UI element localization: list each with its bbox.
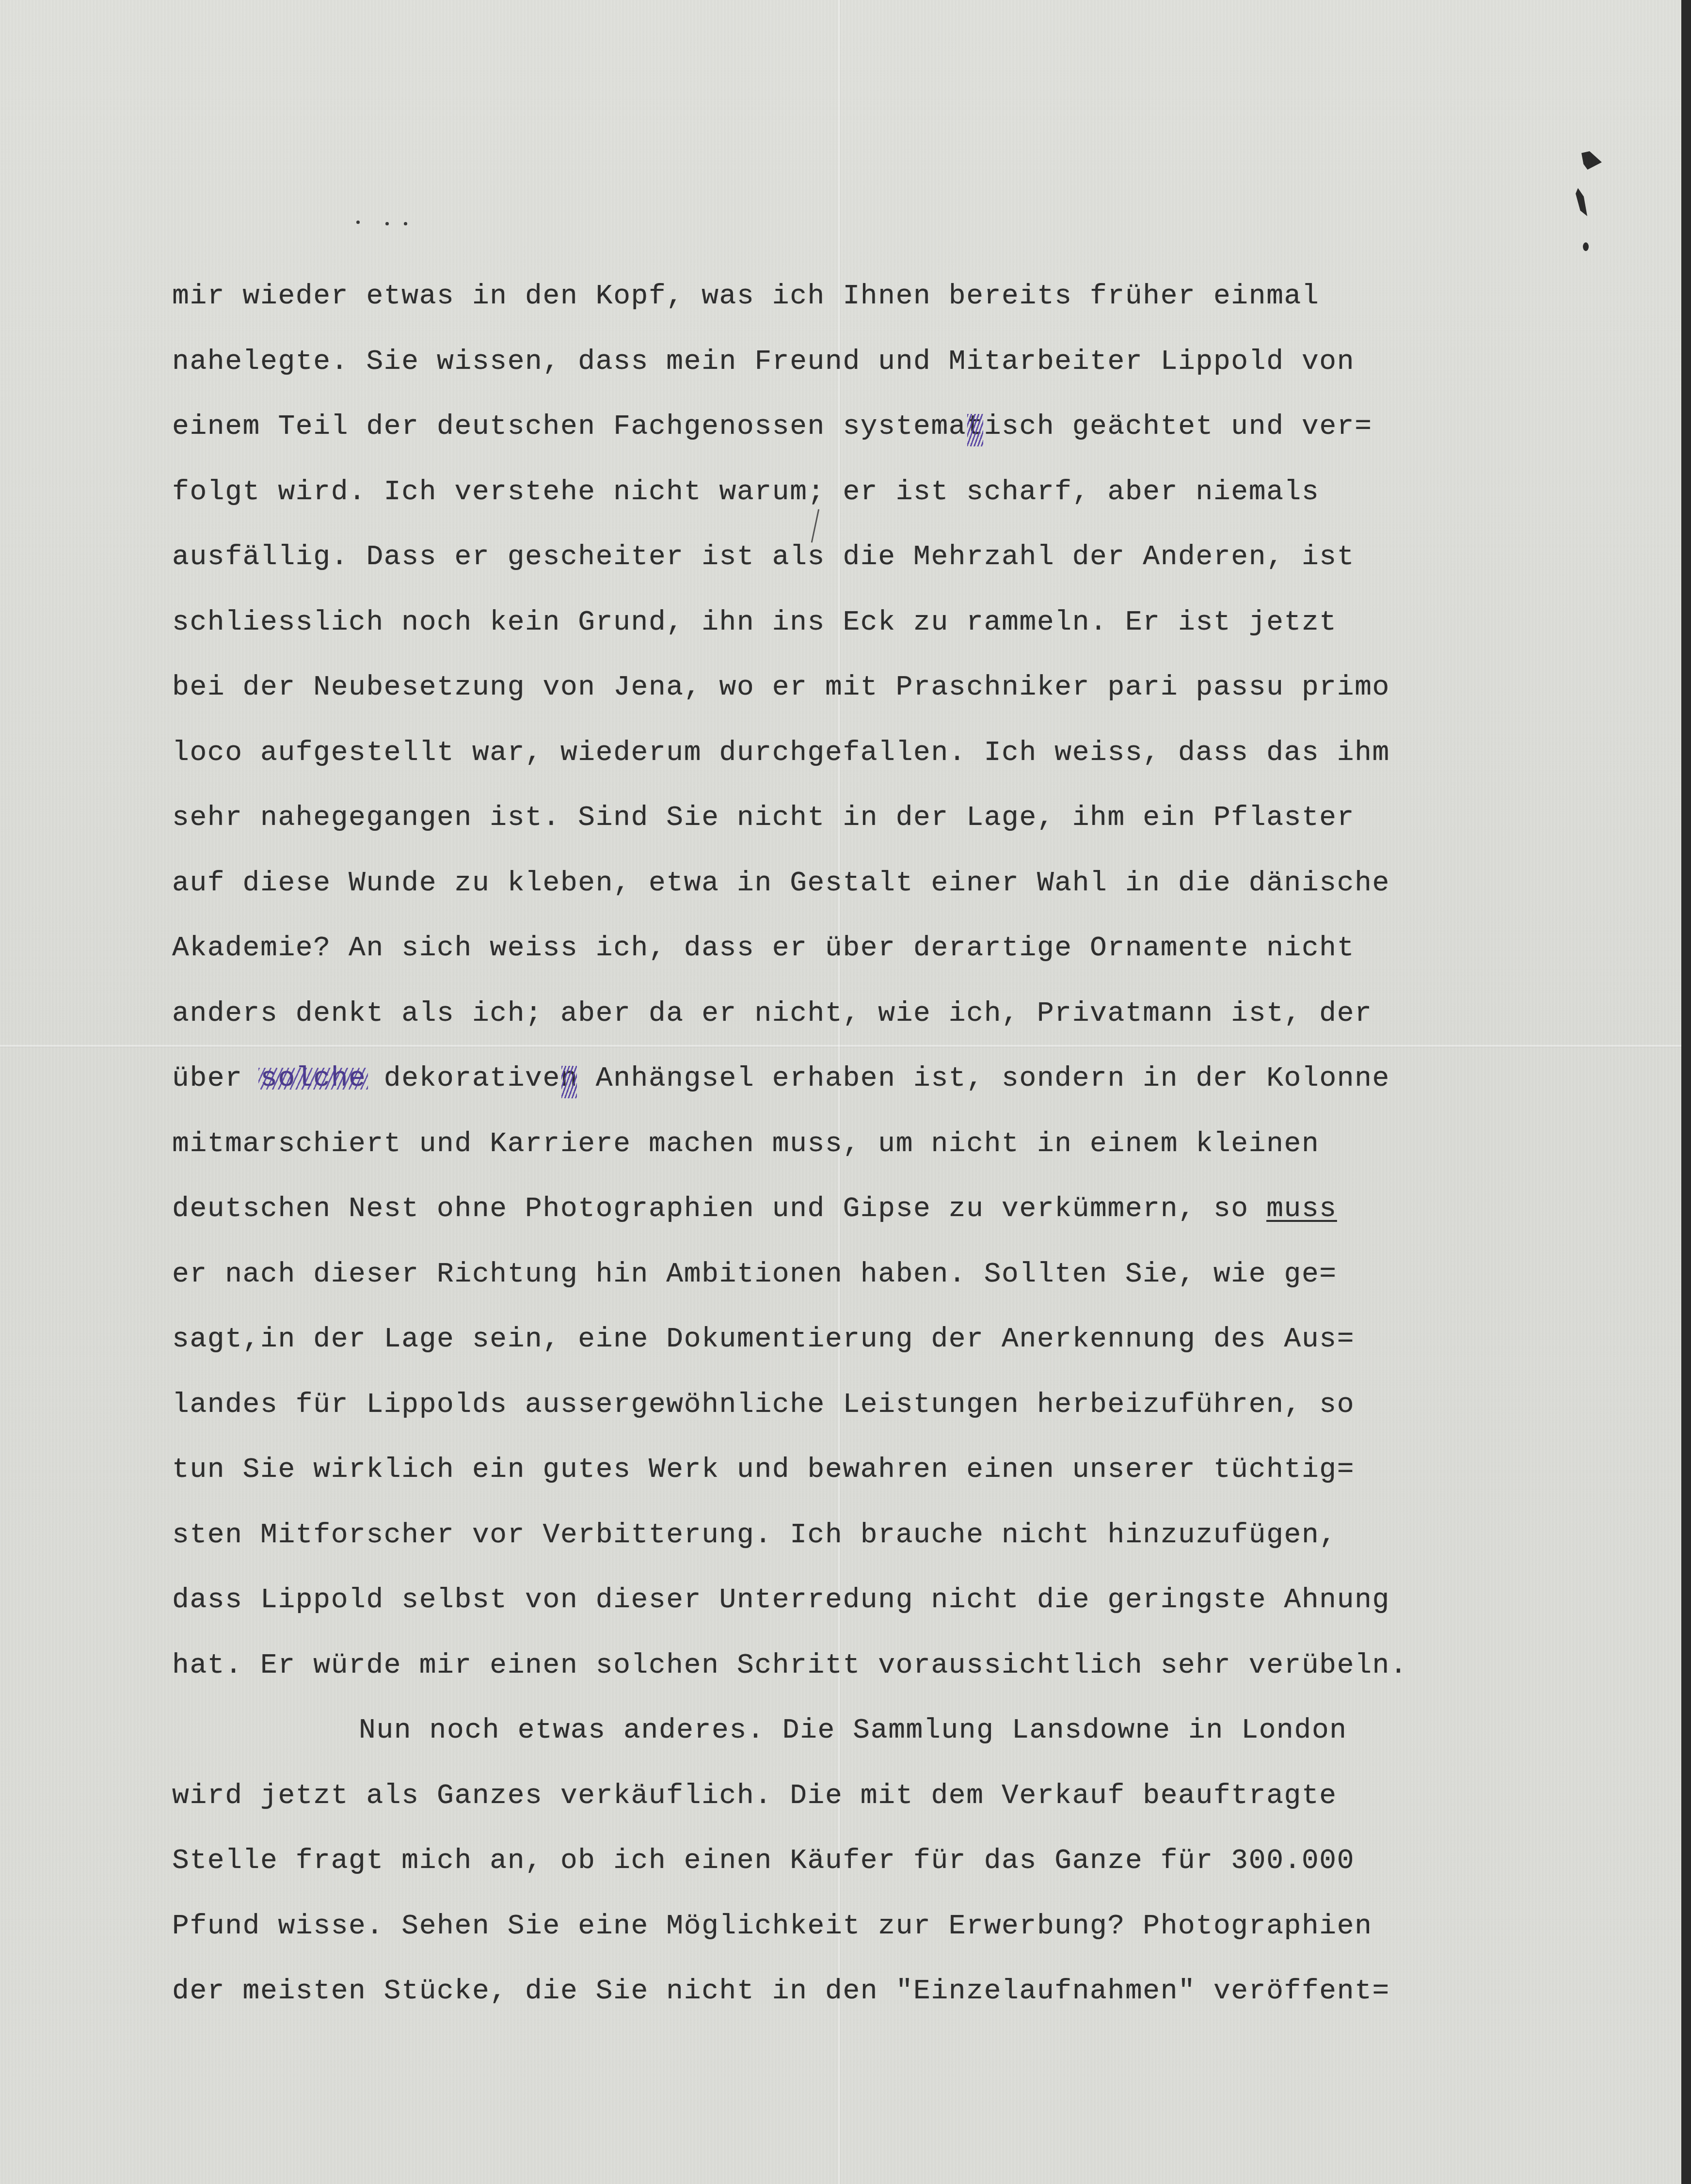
line-text: dekorative xyxy=(366,1063,560,1094)
letter-line: Stelle fragt mich an, ob ich einen Käufe… xyxy=(172,1842,1651,1907)
letter-line: nahelegte. Sie wissen, dass mein Freund … xyxy=(172,343,1651,408)
struck-out-word: solche xyxy=(260,1063,366,1094)
letter-line: sten Mitforscher vor Verbitterung. Ich b… xyxy=(172,1516,1651,1582)
letter-line: Pfund wisse. Sehen Sie eine Möglichkeit … xyxy=(172,1907,1651,1973)
letter-line: deutschen Nest ohne Photographien und Gi… xyxy=(172,1190,1651,1255)
ink-correction: t xyxy=(966,411,984,443)
letter-line: einem Teil der deutschen Fachgenossen sy… xyxy=(172,408,1651,473)
scan-border xyxy=(1681,0,1691,2184)
paragraph-start-line: Nun noch etwas anderes. Die Sammlung Lan… xyxy=(172,1711,1651,1777)
letter-line: sehr nahegegangen ist. Sind Sie nicht in… xyxy=(172,799,1651,864)
line-text: Anhängsel erhaben ist, sondern in der Ko… xyxy=(578,1063,1390,1094)
letter-line: Akademie? An sich weiss ich, dass er übe… xyxy=(172,929,1651,995)
ink-speck xyxy=(404,222,407,225)
letter-line: landes für Lippolds aussergewöhnliche Le… xyxy=(172,1386,1651,1451)
letter-line: wird jetzt als Ganzes verkäuflich. Die m… xyxy=(172,1777,1651,1842)
letter-line: mir wieder etwas in den Kopf, was ich Ih… xyxy=(172,277,1651,343)
letter-line: tun Sie wirklich ein gutes Werk und bewa… xyxy=(172,1451,1651,1516)
letter-line: sagt,in der Lage sein, eine Dokumentieru… xyxy=(172,1320,1651,1386)
letter-line: loco aufgestellt war, wiederum durchgefa… xyxy=(172,734,1651,799)
line-text: isch geächtet und ver= xyxy=(984,411,1372,443)
letter-page: mir wieder etwas in den Kopf, was ich Ih… xyxy=(0,0,1681,2184)
line-text: einem Teil der deutschen Fachgenossen sy… xyxy=(172,411,966,443)
letter-line: der meisten Stücke, die Sie nicht in den… xyxy=(172,1972,1651,2038)
letter-line: hat. Er würde mir einen solchen Schritt … xyxy=(172,1646,1651,1712)
letter-line: folgt wird. Ich verstehe nicht warum; er… xyxy=(172,473,1651,538)
letter-line: schliesslich noch kein Grund, ihn ins Ec… xyxy=(172,603,1651,669)
ink-speck xyxy=(356,221,360,224)
line-text: über xyxy=(172,1063,260,1094)
paper-tear-mark xyxy=(1583,242,1589,251)
letter-line: mitmarschiert und Karriere machen muss, … xyxy=(172,1125,1651,1190)
letter-line: er nach dieser Richtung hin Ambitionen h… xyxy=(172,1255,1651,1321)
letter-line: ausfällig. Dass er gescheiter ist als di… xyxy=(172,538,1651,603)
paper-tear-mark xyxy=(1581,151,1602,170)
paper-tear-mark xyxy=(1576,188,1587,216)
letter-line: anders denkt als ich; aber da er nicht, … xyxy=(172,995,1651,1060)
letter-line: bei der Neubesetzung von Jena, wo er mit… xyxy=(172,668,1651,734)
ink-speck xyxy=(385,222,389,225)
letter-line: über solche dekorativen Anhängsel erhabe… xyxy=(172,1060,1651,1125)
line-text: deutschen Nest ohne Photographien und Gi… xyxy=(172,1193,1266,1225)
ink-correction: n xyxy=(560,1063,578,1094)
underlined-word: muss xyxy=(1266,1193,1337,1225)
letter-line: auf diese Wunde zu kleben, etwa in Gesta… xyxy=(172,864,1651,930)
letter-line: dass Lippold selbst von dieser Unterredu… xyxy=(172,1581,1651,1646)
letter-body: mir wieder etwas in den Kopf, was ich Ih… xyxy=(172,277,1651,2038)
